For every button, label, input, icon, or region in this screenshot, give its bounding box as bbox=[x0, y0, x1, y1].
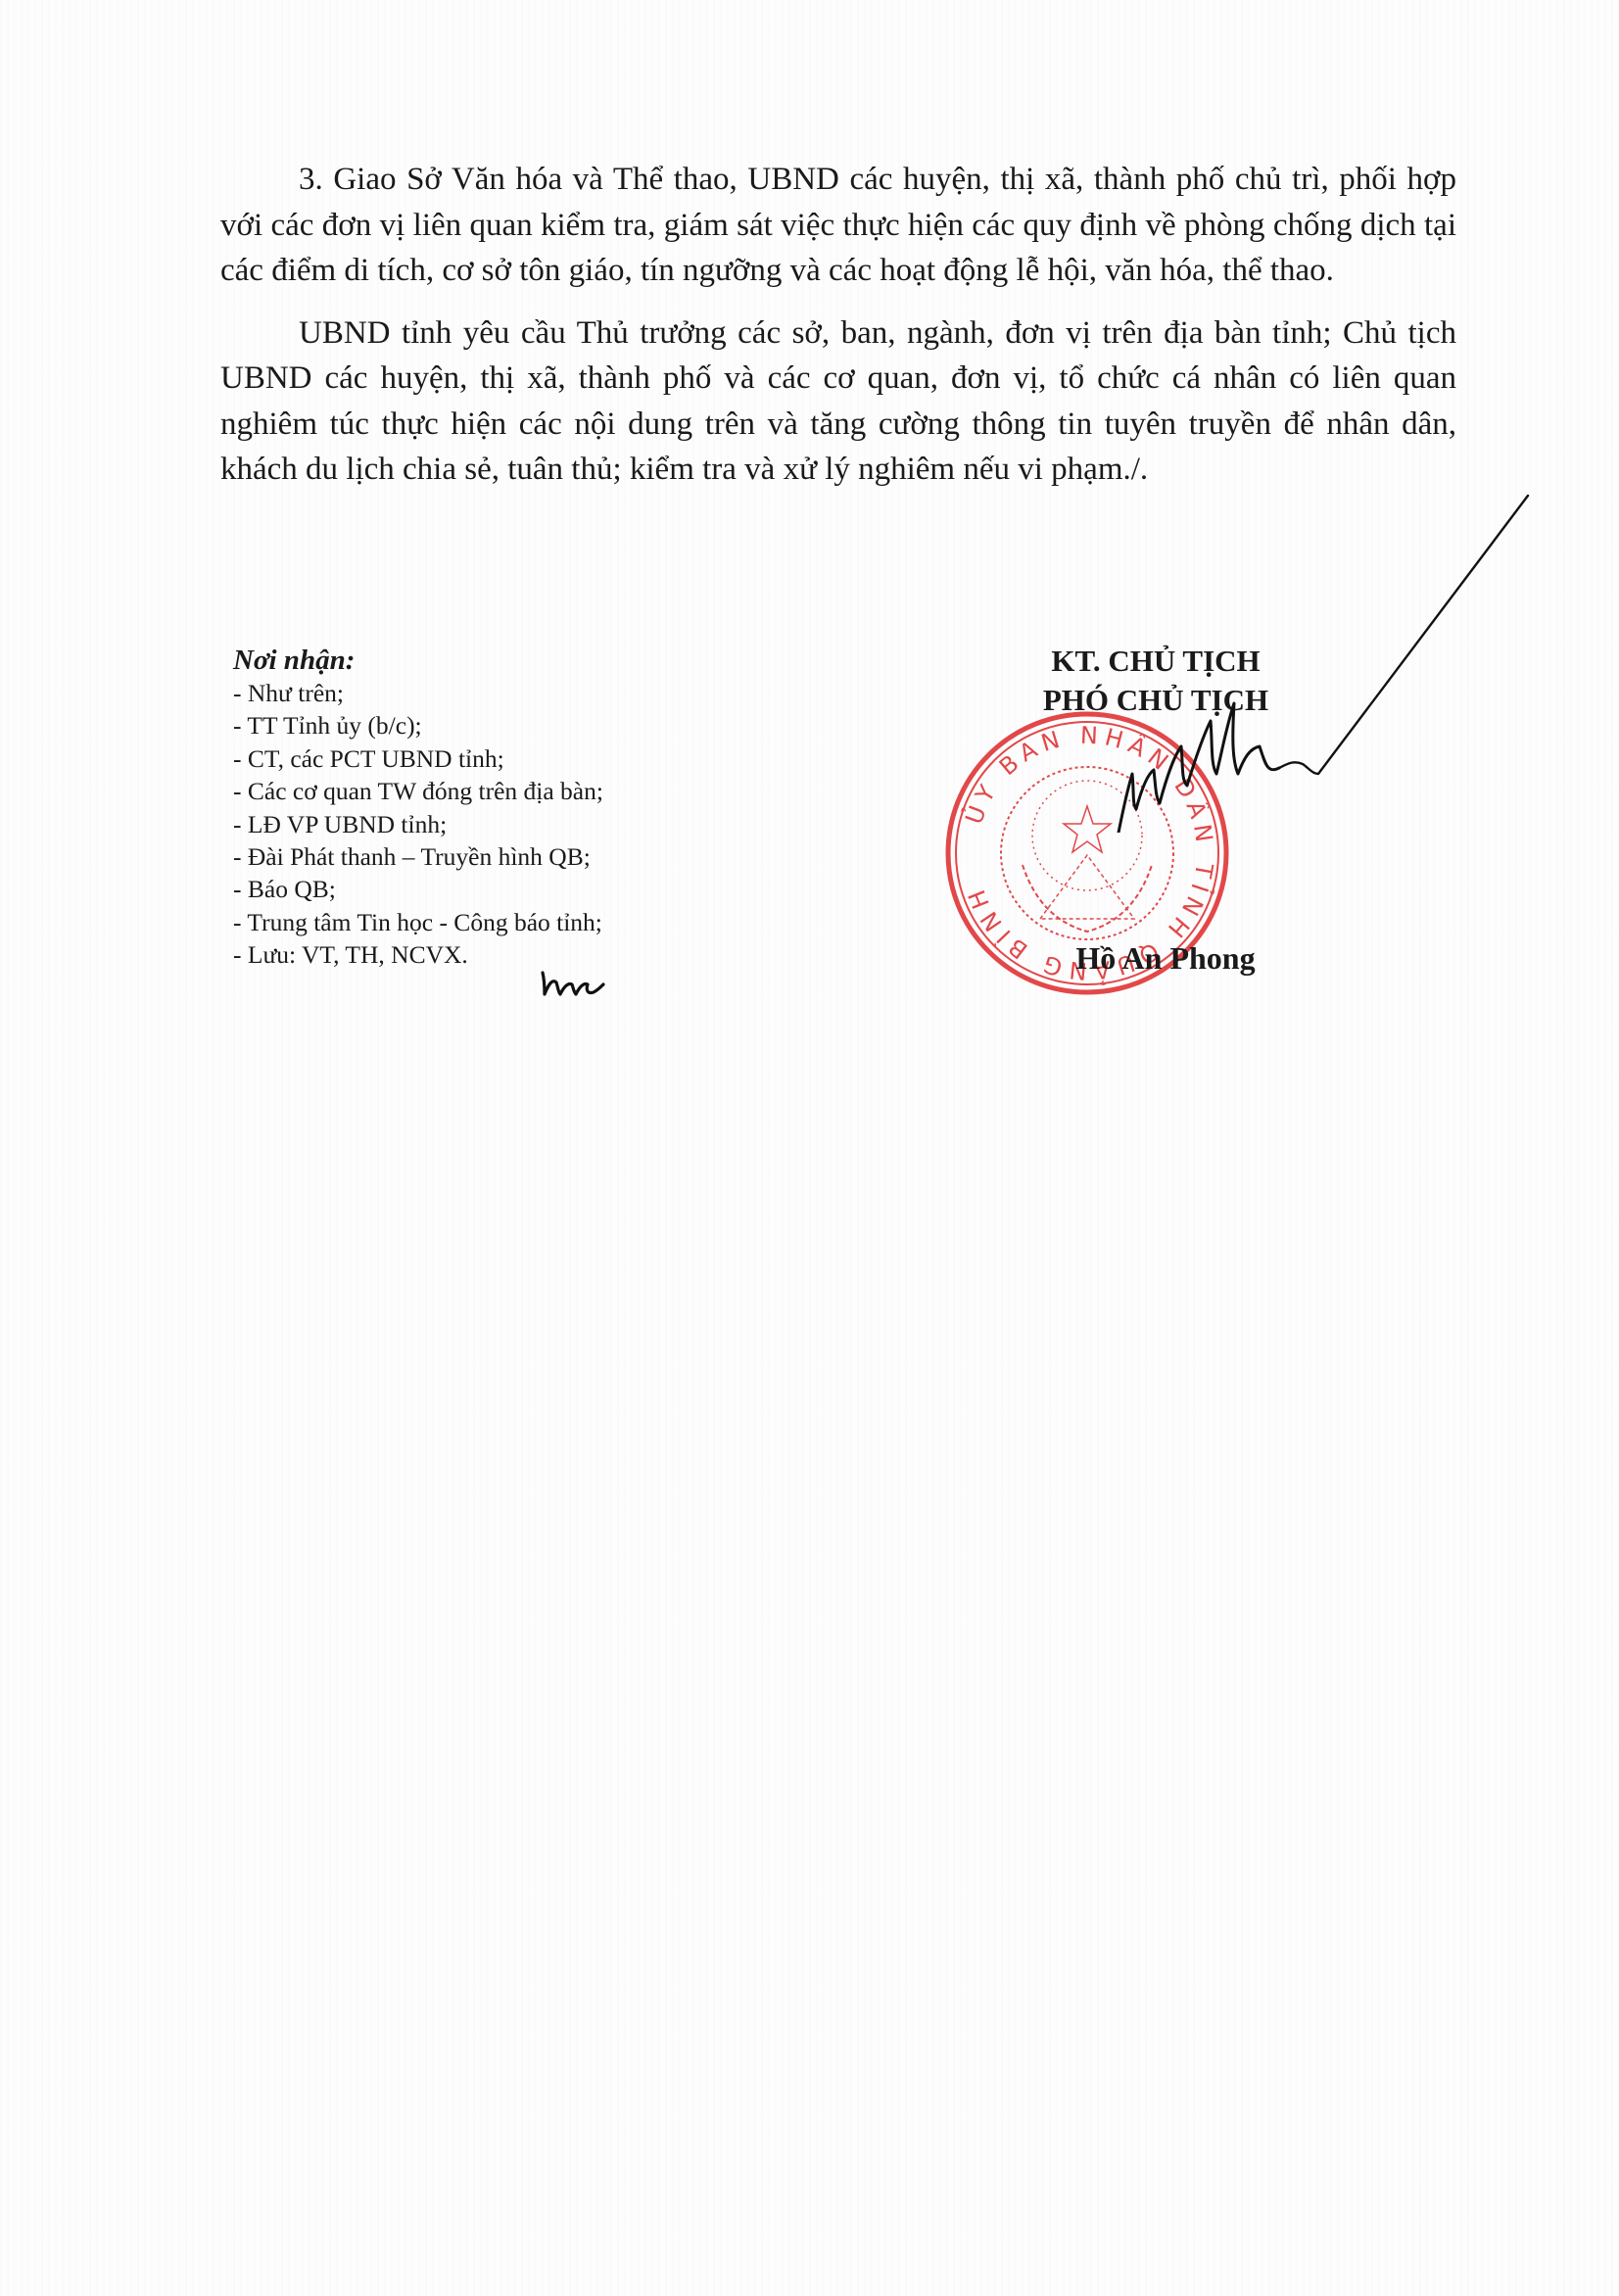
recipient-item: Trung tâm Tin học - Công báo tỉnh; bbox=[233, 906, 742, 938]
recipient-item: Như trên; bbox=[233, 677, 742, 709]
recipients-list: Như trên; TT Tỉnh ủy (b/c); CT, các PCT … bbox=[233, 677, 742, 972]
document-body: 3. Giao Sở Văn hóa và Thể thao, UBND các… bbox=[220, 157, 1456, 509]
signer-name: Hồ An Phong bbox=[1019, 940, 1312, 977]
recipient-item: Lưu: VT, TH, NCVX. bbox=[233, 938, 742, 971]
recipient-item: CT, các PCT UBND tỉnh; bbox=[233, 742, 742, 775]
recipient-item: Báo QB; bbox=[233, 873, 742, 905]
recipient-item: Các cơ quan TW đóng trên địa bàn; bbox=[233, 775, 742, 807]
handwritten-initials-icon bbox=[539, 965, 607, 1000]
handwritten-signature-icon bbox=[1077, 480, 1548, 833]
recipient-item: Đài Phát thanh – Truyền hình QB; bbox=[233, 840, 742, 873]
paragraph-item-3: 3. Giao Sở Văn hóa và Thể thao, UBND các… bbox=[220, 157, 1456, 294]
recipients-title: Nơi nhận: bbox=[233, 644, 742, 677]
recipient-item: TT Tỉnh ủy (b/c); bbox=[233, 709, 742, 741]
paragraph-closing: UBND tỉnh yêu cầu Thủ trưởng các sở, ban… bbox=[220, 311, 1456, 493]
recipient-item: LĐ VP UBND tỉnh; bbox=[233, 808, 742, 840]
recipients-block: Nơi nhận: Như trên; TT Tỉnh ủy (b/c); CT… bbox=[233, 644, 742, 972]
